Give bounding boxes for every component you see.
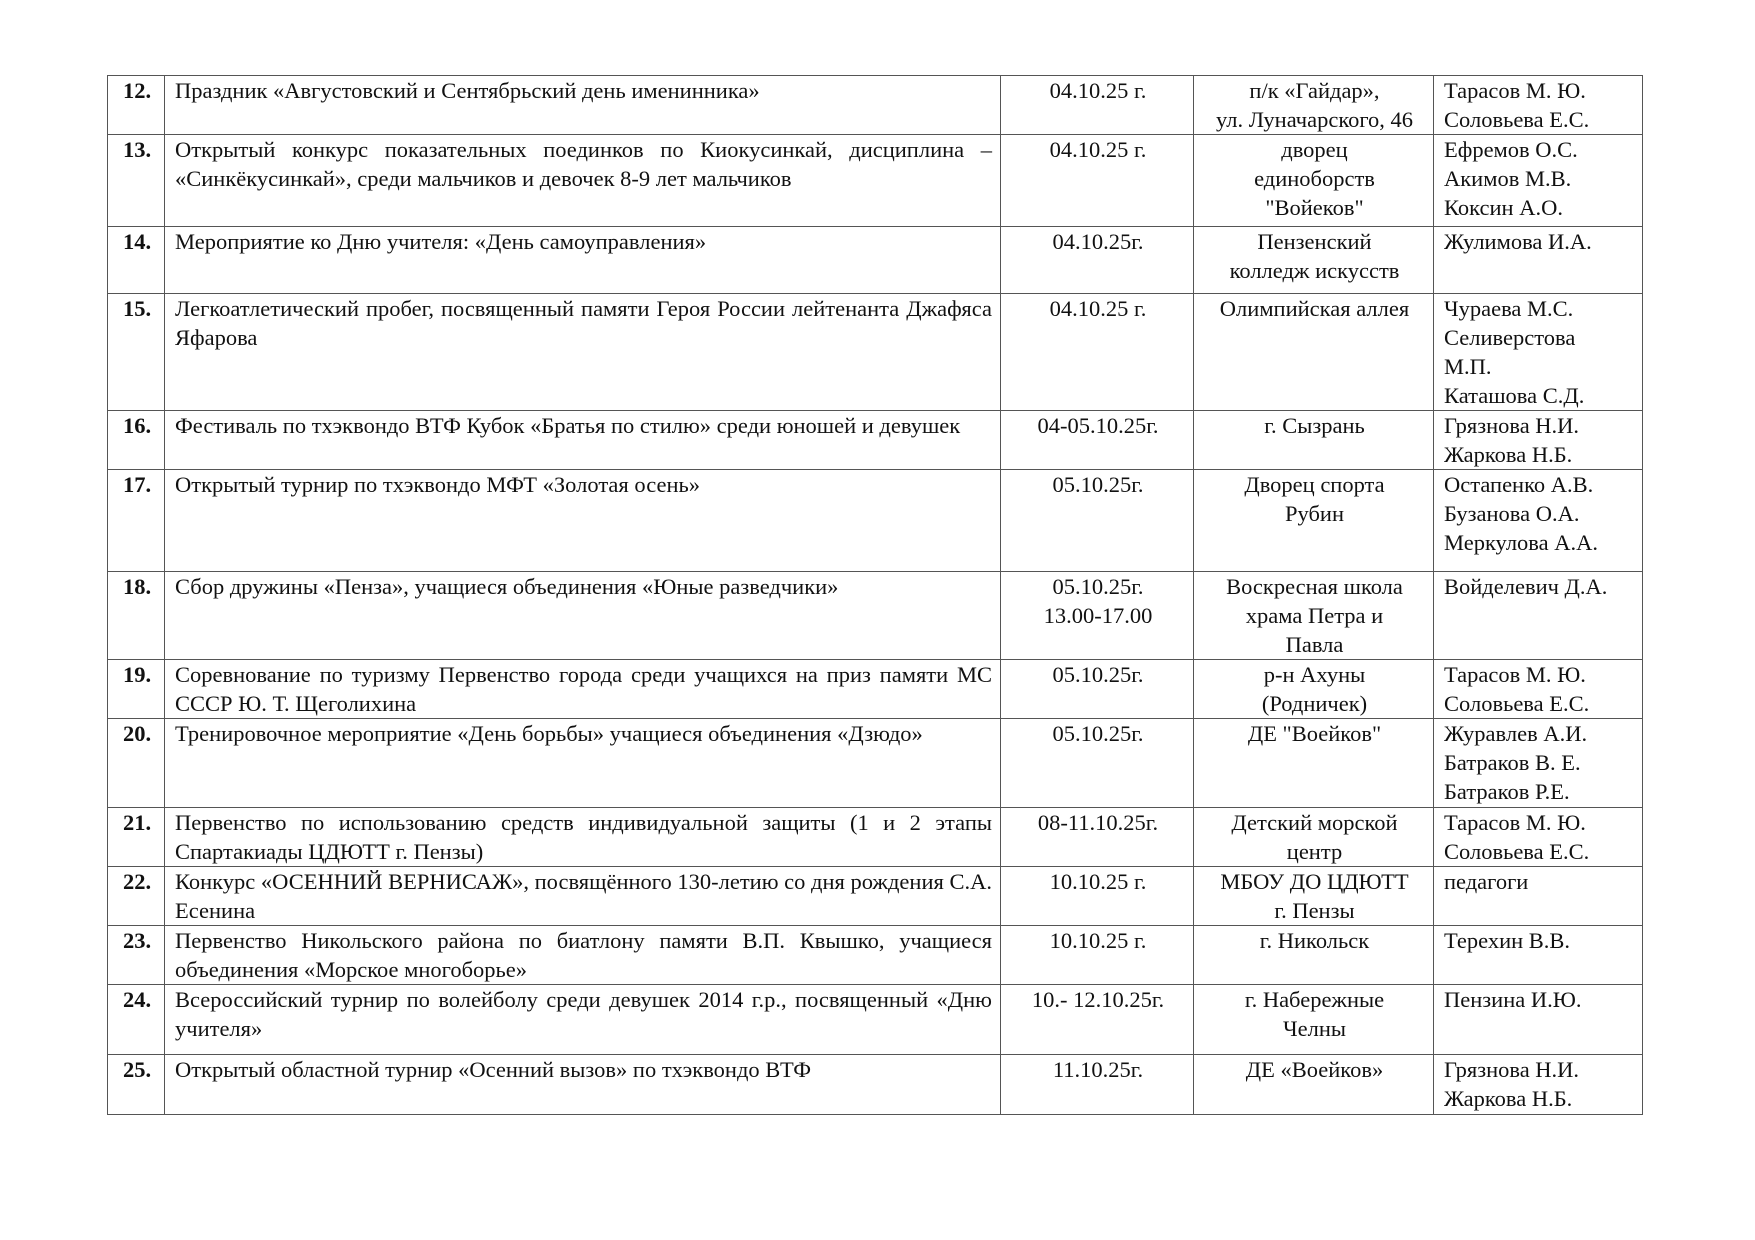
event-place-line: Рубин	[1204, 499, 1425, 528]
event-responsible-line: Остапенко А.В.	[1444, 470, 1634, 499]
event-responsible-line: Терехин В.В.	[1444, 926, 1634, 955]
event-responsible-line: Тарасов М. Ю.	[1444, 808, 1634, 837]
event-description-text: Мероприятие ко Дню учителя: «День самоуп…	[175, 227, 992, 256]
event-place-line: г. Сызрань	[1204, 411, 1425, 440]
event-date: 05.10.25г.	[1001, 660, 1194, 719]
event-responsible-line: педагоги	[1444, 867, 1634, 896]
row-number-text: 12.	[123, 78, 151, 103]
row-number-text: 14.	[123, 229, 151, 254]
event-place: Пензенскийколледж искусств	[1194, 227, 1434, 294]
row-number-text: 22.	[123, 869, 151, 894]
event-date-line: 05.10.25г.	[1011, 660, 1185, 689]
event-responsible-line: Каташова С.Д.	[1444, 381, 1634, 410]
event-description: Первенство Никольского района по биатлон…	[165, 926, 1001, 985]
event-responsible-line: Акимов М.В.	[1444, 164, 1634, 193]
event-description-text: Первенство Никольского района по биатлон…	[175, 926, 992, 984]
row-number-text: 20.	[123, 721, 151, 746]
row-number: 18.	[108, 572, 165, 660]
event-responsible-line: Ефремов О.С.	[1444, 135, 1634, 164]
row-number: 12.	[108, 76, 165, 135]
event-responsible-line: Соловьева Е.С.	[1444, 105, 1634, 134]
event-description: Тренировочное мероприятие «День борьбы» …	[165, 719, 1001, 808]
event-description-text: Тренировочное мероприятие «День борьбы» …	[175, 719, 992, 748]
row-number: 19.	[108, 660, 165, 719]
event-responsible: Грязнова Н.И.Жаркова Н.Б.	[1434, 411, 1643, 470]
event-date-line: 13.00-17.00	[1011, 601, 1185, 630]
event-date: 04.10.25 г.	[1001, 76, 1194, 135]
row-number-text: 16.	[123, 413, 151, 438]
table-row: 13.Открытый конкурс показательных поедин…	[108, 135, 1643, 227]
event-date: 10.10.25 г.	[1001, 926, 1194, 985]
event-place-line: колледж искусств	[1204, 256, 1425, 285]
row-number: 16.	[108, 411, 165, 470]
event-place: г. НабережныеЧелны	[1194, 985, 1434, 1055]
event-place: г. Сызрань	[1194, 411, 1434, 470]
row-number-text: 25.	[123, 1057, 151, 1082]
event-description-text: Открытый турнир по тхэквондо МФТ «Золота…	[175, 470, 992, 499]
event-place-line: Пензенский	[1204, 227, 1425, 256]
event-date: 05.10.25г.13.00-17.00	[1001, 572, 1194, 660]
event-responsible: Остапенко А.В.Бузанова О.А.Меркулова А.А…	[1434, 470, 1643, 572]
event-responsible-line: Журавлев А.И.	[1444, 719, 1634, 748]
event-place-line: Дворец спорта	[1204, 470, 1425, 499]
event-place-line: р-н Ахуны	[1204, 660, 1425, 689]
event-place: р-н Ахуны(Родничек)	[1194, 660, 1434, 719]
table-row: 17.Открытый турнир по тхэквондо МФТ «Зол…	[108, 470, 1643, 572]
event-description-text: Открытый конкурс показательных поединков…	[175, 135, 992, 193]
event-date: 04.10.25г.	[1001, 227, 1194, 294]
event-description: Легкоатлетический пробег, посвященный па…	[165, 294, 1001, 411]
event-responsible-line: Соловьева Е.С.	[1444, 837, 1634, 866]
event-date-line: 10.10.25 г.	[1011, 926, 1185, 955]
event-description: Соревнование по туризму Первенство город…	[165, 660, 1001, 719]
event-responsible-line: Батраков В. Е.	[1444, 748, 1634, 777]
event-place-line: центр	[1204, 837, 1425, 866]
row-number-text: 13.	[123, 137, 151, 162]
event-responsible-line: Чураева М.С.	[1444, 294, 1634, 323]
row-number: 23.	[108, 926, 165, 985]
event-date-line: 11.10.25г.	[1011, 1055, 1185, 1084]
event-place-line: Павла	[1204, 630, 1425, 659]
event-place-line: ДЕ «Воейков»	[1204, 1055, 1425, 1084]
event-place-line: г. Набережные	[1204, 985, 1425, 1014]
event-description-text: Открытый областной турнир «Осенний вызов…	[175, 1055, 992, 1084]
event-place-line: п/к «Гайдар»,	[1204, 76, 1425, 105]
row-number: 14.	[108, 227, 165, 294]
event-place: Воскресная школахрама Петра иПавла	[1194, 572, 1434, 660]
table-row: 14.Мероприятие ко Дню учителя: «День сам…	[108, 227, 1643, 294]
event-date-line: 05.10.25г.	[1011, 572, 1185, 601]
event-responsible: Жулимова И.А.	[1434, 227, 1643, 294]
row-number-text: 18.	[123, 574, 151, 599]
event-responsible: Чураева М.С.СеливерстоваМ.П.Каташова С.Д…	[1434, 294, 1643, 411]
event-place-line: Челны	[1204, 1014, 1425, 1043]
event-place-line: дворец	[1204, 135, 1425, 164]
event-description-text: Легкоатлетический пробег, посвященный па…	[175, 294, 992, 352]
event-description-text: Первенство по использованию средств инди…	[175, 808, 992, 866]
event-date-line: 04.10.25 г.	[1011, 135, 1185, 164]
table-row: 23.Первенство Никольского района по биат…	[108, 926, 1643, 985]
event-date-line: 05.10.25г.	[1011, 470, 1185, 499]
event-place: Дворец спортаРубин	[1194, 470, 1434, 572]
event-responsible-line: Тарасов М. Ю.	[1444, 660, 1634, 689]
event-description: Праздник «Августовский и Сентябрьский де…	[165, 76, 1001, 135]
event-responsible: Терехин В.В.	[1434, 926, 1643, 985]
event-date: 05.10.25г.	[1001, 470, 1194, 572]
row-number: 25.	[108, 1055, 165, 1115]
event-date: 10.10.25 г.	[1001, 867, 1194, 926]
row-number-text: 23.	[123, 928, 151, 953]
row-number-text: 15.	[123, 296, 151, 321]
event-place-line: г. Никольск	[1204, 926, 1425, 955]
row-number-text: 21.	[123, 810, 151, 835]
event-place: п/к «Гайдар»,ул. Луначарского, 46	[1194, 76, 1434, 135]
event-description-text: Праздник «Августовский и Сентябрьский де…	[175, 76, 992, 105]
event-date: 04.10.25 г.	[1001, 135, 1194, 227]
event-responsible: Пензина И.Ю.	[1434, 985, 1643, 1055]
event-date: 11.10.25г.	[1001, 1055, 1194, 1115]
table-row: 24.Всероссийский турнир по волейболу сре…	[108, 985, 1643, 1055]
event-responsible-line: Войделевич Д.А.	[1444, 572, 1634, 601]
event-responsible: Войделевич Д.А.	[1434, 572, 1643, 660]
event-date-line: 04-05.10.25г.	[1011, 411, 1185, 440]
table-row: 12.Праздник «Августовский и Сентябрьский…	[108, 76, 1643, 135]
table-row: 19.Соревнование по туризму Первенство го…	[108, 660, 1643, 719]
table-row: 21.Первенство по использованию средств и…	[108, 808, 1643, 867]
table-row: 25.Открытый областной турнир «Осенний вы…	[108, 1055, 1643, 1115]
event-date-line: 05.10.25г.	[1011, 719, 1185, 748]
event-responsible: Грязнова Н.И.Жаркова Н.Б.	[1434, 1055, 1643, 1115]
event-responsible: Ефремов О.С.Акимов М.В.Коксин А.О.	[1434, 135, 1643, 227]
events-schedule-table: 12.Праздник «Августовский и Сентябрьский…	[107, 75, 1643, 1115]
event-description-text: Сбор дружины «Пенза», учащиеся объединен…	[175, 572, 992, 601]
event-description-text: Всероссийский турнир по волейболу среди …	[175, 985, 992, 1043]
event-description: Всероссийский турнир по волейболу среди …	[165, 985, 1001, 1055]
table-row: 15.Легкоатлетический пробег, посвященный…	[108, 294, 1643, 411]
event-responsible-line: Грязнова Н.И.	[1444, 1055, 1634, 1084]
table-row: 20.Тренировочное мероприятие «День борьб…	[108, 719, 1643, 808]
events-table-body: 12.Праздник «Августовский и Сентябрьский…	[108, 76, 1643, 1115]
event-place-line: ул. Луначарского, 46	[1204, 105, 1425, 134]
event-responsible-line: Тарасов М. Ю.	[1444, 76, 1634, 105]
event-place-line: (Родничек)	[1204, 689, 1425, 718]
row-number: 21.	[108, 808, 165, 867]
event-date-line: 10.10.25 г.	[1011, 867, 1185, 896]
row-number: 24.	[108, 985, 165, 1055]
event-description: Сбор дружины «Пенза», учащиеся объединен…	[165, 572, 1001, 660]
event-place-line: ДЕ "Воейков"	[1204, 719, 1425, 748]
event-responsible-line: Жаркова Н.Б.	[1444, 1084, 1634, 1113]
event-date: 04-05.10.25г.	[1001, 411, 1194, 470]
event-description: Мероприятие ко Дню учителя: «День самоуп…	[165, 227, 1001, 294]
event-place: г. Никольск	[1194, 926, 1434, 985]
event-description-text: Конкурс «ОСЕННИЙ ВЕРНИСАЖ», посвящённого…	[175, 867, 992, 925]
event-place-line: Воскресная школа	[1204, 572, 1425, 601]
event-description-text: Фестиваль по тхэквондо ВТФ Кубок «Братья…	[175, 411, 992, 440]
event-place: МБОУ ДО ЦДЮТТг. Пензы	[1194, 867, 1434, 926]
event-place: дворецединоборств"Войеков"	[1194, 135, 1434, 227]
event-responsible-line: Жаркова Н.Б.	[1444, 440, 1634, 469]
event-place: Детский морскойцентр	[1194, 808, 1434, 867]
event-date: 04.10.25 г.	[1001, 294, 1194, 411]
event-place-line: Олимпийская аллея	[1204, 294, 1425, 323]
event-date: 10.- 12.10.25г.	[1001, 985, 1194, 1055]
event-place: ДЕ "Воейков"	[1194, 719, 1434, 808]
event-description: Открытый турнир по тхэквондо МФТ «Золота…	[165, 470, 1001, 572]
event-place-line: "Войеков"	[1204, 193, 1425, 222]
event-place-line: г. Пензы	[1204, 896, 1425, 925]
event-responsible-line: Коксин А.О.	[1444, 193, 1634, 222]
event-responsible: Тарасов М. Ю.Соловьева Е.С.	[1434, 76, 1643, 135]
event-description-text: Соревнование по туризму Первенство город…	[175, 660, 992, 718]
table-row: 16.Фестиваль по тхэквондо ВТФ Кубок «Бра…	[108, 411, 1643, 470]
event-responsible: педагоги	[1434, 867, 1643, 926]
event-date-line: 10.- 12.10.25г.	[1011, 985, 1185, 1014]
event-date-line: 04.10.25г.	[1011, 227, 1185, 256]
row-number: 15.	[108, 294, 165, 411]
row-number: 22.	[108, 867, 165, 926]
event-responsible-line: Грязнова Н.И.	[1444, 411, 1634, 440]
event-responsible-line: Батраков Р.Е.	[1444, 777, 1634, 806]
row-number: 13.	[108, 135, 165, 227]
event-responsible: Тарасов М. Ю.Соловьева Е.С.	[1434, 808, 1643, 867]
table-row: 22.Конкурс «ОСЕННИЙ ВЕРНИСАЖ», посвящённ…	[108, 867, 1643, 926]
row-number-text: 19.	[123, 662, 151, 687]
event-responsible-line: М.П.	[1444, 352, 1634, 381]
event-date-line: 04.10.25 г.	[1011, 294, 1185, 323]
event-date: 08-11.10.25г.	[1001, 808, 1194, 867]
event-responsible-line: Селиверстова	[1444, 323, 1634, 352]
event-description: Конкурс «ОСЕННИЙ ВЕРНИСАЖ», посвящённого…	[165, 867, 1001, 926]
event-responsible-line: Жулимова И.А.	[1444, 227, 1634, 256]
event-place-line: МБОУ ДО ЦДЮТТ	[1204, 867, 1425, 896]
event-description: Фестиваль по тхэквондо ВТФ Кубок «Братья…	[165, 411, 1001, 470]
event-responsible-line: Бузанова О.А.	[1444, 499, 1634, 528]
event-responsible: Тарасов М. Ю.Соловьева Е.С.	[1434, 660, 1643, 719]
event-responsible-line: Пензина И.Ю.	[1444, 985, 1634, 1014]
event-place-line: Детский морской	[1204, 808, 1425, 837]
row-number-text: 17.	[123, 472, 151, 497]
event-date-line: 04.10.25 г.	[1011, 76, 1185, 105]
event-date-line: 08-11.10.25г.	[1011, 808, 1185, 837]
event-responsible: Журавлев А.И.Батраков В. Е.Батраков Р.Е.	[1434, 719, 1643, 808]
event-place-line: единоборств	[1204, 164, 1425, 193]
event-responsible-line: Меркулова А.А.	[1444, 528, 1634, 557]
event-responsible-line: Соловьева Е.С.	[1444, 689, 1634, 718]
event-date: 05.10.25г.	[1001, 719, 1194, 808]
row-number-text: 24.	[123, 987, 151, 1012]
table-row: 18.Сбор дружины «Пенза», учащиеся объеди…	[108, 572, 1643, 660]
event-place: ДЕ «Воейков»	[1194, 1055, 1434, 1115]
event-description: Первенство по использованию средств инди…	[165, 808, 1001, 867]
row-number: 17.	[108, 470, 165, 572]
event-place-line: храма Петра и	[1204, 601, 1425, 630]
event-place: Олимпийская аллея	[1194, 294, 1434, 411]
event-description: Открытый областной турнир «Осенний вызов…	[165, 1055, 1001, 1115]
event-description: Открытый конкурс показательных поединков…	[165, 135, 1001, 227]
row-number: 20.	[108, 719, 165, 808]
